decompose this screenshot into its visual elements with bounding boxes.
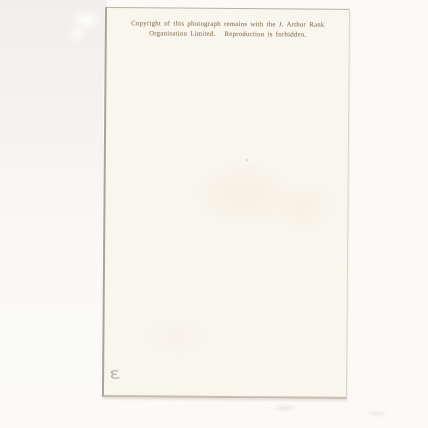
copyright-line1: Copyright of this photograph remains wit…	[131, 20, 325, 29]
copyright-notice: Copyright of this photograph remains wit…	[107, 19, 349, 40]
surface-specks	[246, 159, 248, 161]
scanned-photo-back: Copyright of this photograph remains wit…	[0, 0, 428, 428]
handwritten-pencil-mark: ε	[108, 364, 121, 383]
paper-highlight-blob	[62, 6, 106, 46]
copyright-line2-organisation: Organisation Limited.	[149, 30, 215, 38]
backing-surface-left	[0, 0, 107, 428]
background-smudge	[268, 402, 302, 414]
copyright-line2-reproduction: Reproduction is forbidden.	[224, 30, 306, 38]
photo-card-back: Copyright of this photograph remains wit…	[102, 7, 350, 399]
background-smudge	[362, 408, 392, 419]
